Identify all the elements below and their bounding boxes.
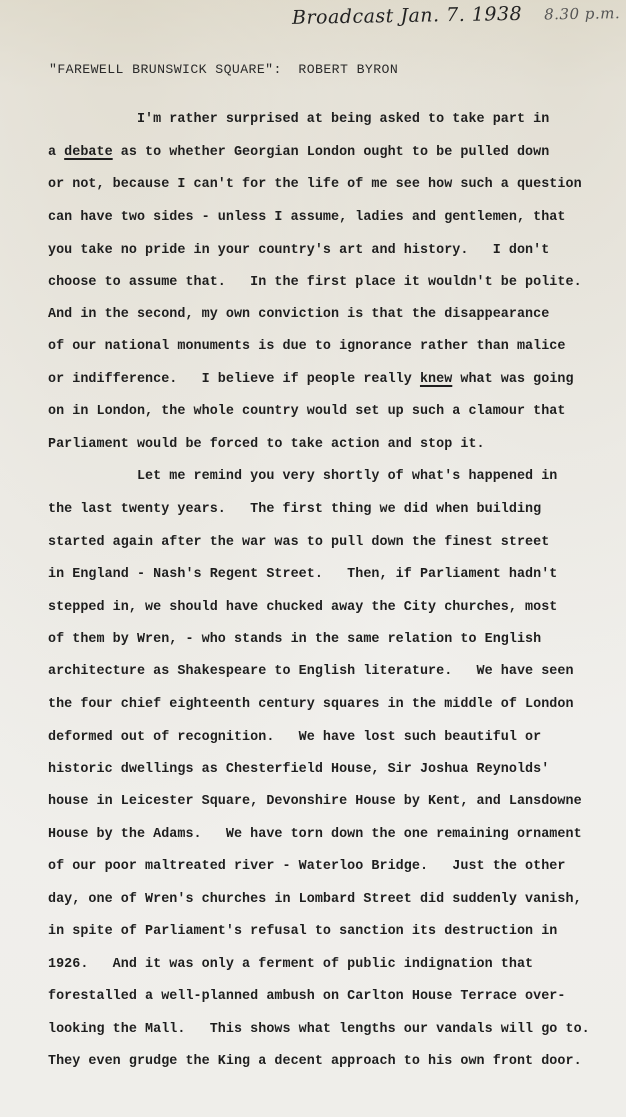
typed-line: architecture as Shakespeare to English l… — [48, 664, 574, 679]
typed-line: forestalled a well-planned ambush on Car… — [48, 989, 565, 1004]
typed-line: the last twenty years. The first thing w… — [48, 502, 541, 517]
typed-line: day, one of Wren's churches in Lombard S… — [48, 892, 582, 907]
typed-line: in England - Nash's Regent Street. Then,… — [48, 567, 557, 582]
typescript-page: Broadcast Jan. 7. 19388.30 p.m. "FAREWEL… — [0, 0, 626, 1117]
typed-line: of our poor maltreated river - Waterloo … — [48, 859, 565, 874]
typed-line: on in London, the whole country would se… — [48, 404, 565, 419]
document-title: "FAREWELL BRUNSWICK SQUARE": ROBERT BYRO… — [49, 62, 398, 77]
typed-line: They even grudge the King a decent appro… — [48, 1054, 582, 1069]
typed-line: I'm rather surprised at being asked to t… — [48, 112, 549, 127]
typed-line: stepped in, we should have chucked away … — [48, 600, 557, 615]
typed-line: or not, because I can't for the life of … — [48, 177, 582, 192]
typed-line: historic dwellings as Chesterfield House… — [48, 762, 549, 777]
typed-line: Parliament would be forced to take actio… — [48, 437, 485, 452]
typed-line: of them by Wren, - who stands in the sam… — [48, 632, 541, 647]
handwritten-time: 8.30 p.m. — [544, 4, 620, 23]
typed-line: of our national monuments is due to igno… — [48, 339, 565, 354]
typed-line: deformed out of recognition. We have los… — [48, 730, 541, 745]
typed-line: in spite of Parliament's refusal to sanc… — [48, 924, 557, 939]
typed-line: started again after the war was to pull … — [48, 535, 549, 550]
typed-line: Let me remind you very shortly of what's… — [48, 469, 557, 484]
typed-line: choose to assume that. In the first plac… — [48, 275, 582, 290]
underlined-word: knew — [420, 372, 452, 387]
typed-line: a debate as to whether Georgian London o… — [48, 145, 549, 160]
underlined-word: debate — [64, 145, 113, 160]
handwritten-date: Broadcast Jan. 7. 1938 — [292, 3, 523, 29]
typed-line: House by the Adams. We have torn down th… — [48, 827, 582, 842]
typed-line: can have two sides - unless I assume, la… — [48, 210, 565, 225]
typed-line: you take no pride in your country's art … — [48, 243, 549, 258]
typed-line: house in Leicester Square, Devonshire Ho… — [48, 794, 582, 809]
typed-line: And in the second, my own conviction is … — [48, 307, 549, 322]
typed-line: the four chief eighteenth century square… — [48, 697, 574, 712]
typed-line: or indifference. I believe if people rea… — [48, 372, 574, 387]
typed-line: looking the Mall. This shows what length… — [48, 1022, 590, 1037]
handwritten-broadcast-note: Broadcast Jan. 7. 19388.30 p.m. — [292, 1, 621, 29]
typed-line: 1926. And it was only a ferment of publi… — [48, 957, 533, 972]
